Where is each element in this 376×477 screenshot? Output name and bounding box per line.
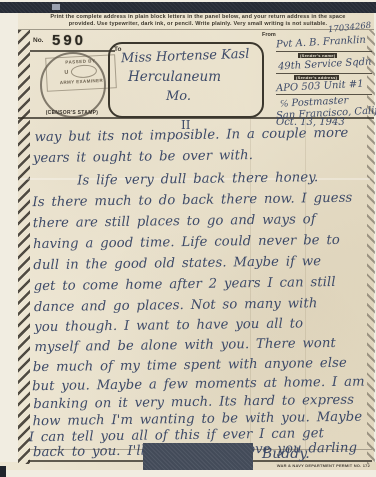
body-line: there are still places to go and ways of [33, 212, 316, 231]
body-line: years it ought to be over with. [33, 148, 253, 166]
letter-body: way but its not imposible. In a couple m… [0, 0, 376, 477]
body-line: having a good time. Life could never be … [33, 233, 340, 252]
bottom-corner-mark [0, 466, 6, 477]
body-line: way but its not imposible. In a couple m… [34, 126, 348, 145]
letter-signature: Buddy. [262, 446, 310, 462]
footer-fineprint: WAR & NAVY DEPARTMENT PERMIT NO. 172 [277, 463, 370, 468]
body-line: get to come home after 2 years I can sti… [34, 275, 336, 294]
body-line: Is life very dull back there honey. [77, 170, 318, 188]
body-line: dull in the good old states. Maybe if we [33, 254, 321, 273]
vmail-letter-photo: Print the complete address in plain bloc… [0, 0, 376, 477]
body-line: banking on it very much. Its hard to exp… [33, 393, 354, 412]
body-line: myself and be alone with you. There wont [34, 336, 336, 355]
body-line: but you. Maybe a few moments at home. I … [32, 375, 365, 395]
body-line: you though. I want to have you all to [34, 316, 303, 335]
body-line: dance and go places. Not so many with [34, 296, 318, 315]
body-line: Is there much to do back there now. I gu… [32, 191, 352, 210]
body-line: be much of my time spent with anyone els… [33, 356, 347, 375]
censor-redaction-block [143, 443, 253, 470]
